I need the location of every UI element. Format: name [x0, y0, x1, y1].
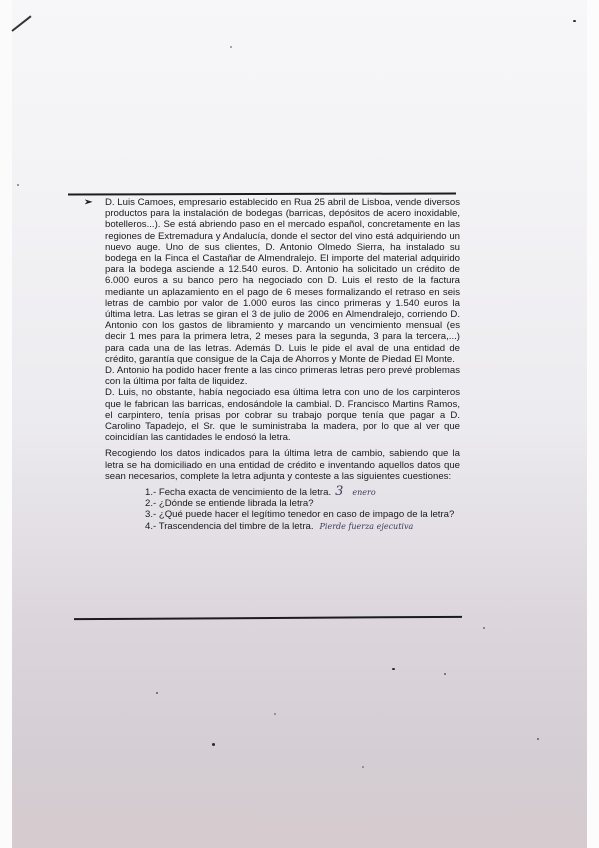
scan-speck	[483, 627, 485, 629]
question-2: 2.- ¿Dónde se entiende librada la letra?	[145, 498, 460, 509]
question-text: 2.- ¿Dónde se entiende librada la letra?	[145, 498, 314, 509]
question-text: 3.- ¿Qué puede hacer el legítimo tenedor…	[145, 509, 454, 520]
scan-speck	[537, 738, 539, 740]
question-text: 1.- Fecha exacta de vencimiento de la le…	[145, 487, 331, 498]
paragraph-case-statement: D. Luis Camoes, empresario establecido e…	[105, 197, 460, 365]
scan-speck	[573, 20, 576, 22]
scan-speck	[212, 743, 215, 746]
exercise-item: ➢ D. Luis Camoes, empresario establecido…	[84, 197, 460, 532]
page-right-margin	[587, 0, 599, 848]
arrow-bullet-icon: ➢	[84, 197, 92, 208]
questions-list: 1.- Fecha exacta de vencimiento de la le…	[105, 486, 460, 532]
scan-speck	[362, 766, 364, 768]
handwritten-answer: Pierde fuerza ejecutiva	[320, 522, 414, 531]
scan-speck	[230, 46, 232, 48]
paragraph-instructions: Recogiendo los datos indicados para la ú…	[105, 448, 460, 482]
handwritten-answer-number: 3	[335, 484, 343, 499]
question-1: 1.- Fecha exacta de vencimiento de la le…	[145, 486, 460, 498]
question-3: 3.- ¿Qué puede hacer el legítimo tenedor…	[145, 509, 460, 520]
scan-speck	[392, 668, 395, 670]
scan-speck	[444, 673, 446, 675]
question-text: 4.- Trascendencia del timbre de la letra…	[145, 521, 314, 532]
paragraph-liquidity: D. Antonio ha podido hacer frente a las …	[105, 365, 460, 387]
exercise-text: ➢ D. Luis Camoes, empresario establecido…	[84, 197, 460, 532]
scan-speck	[156, 692, 158, 694]
scan-speck	[17, 184, 19, 186]
handwritten-answer: enero	[352, 488, 375, 497]
question-4: 4.- Trascendencia del timbre de la letra…	[145, 521, 460, 532]
paragraph-endorsement: D. Luis, no obstante, había negociado es…	[105, 387, 460, 443]
scan-speck	[274, 713, 276, 715]
